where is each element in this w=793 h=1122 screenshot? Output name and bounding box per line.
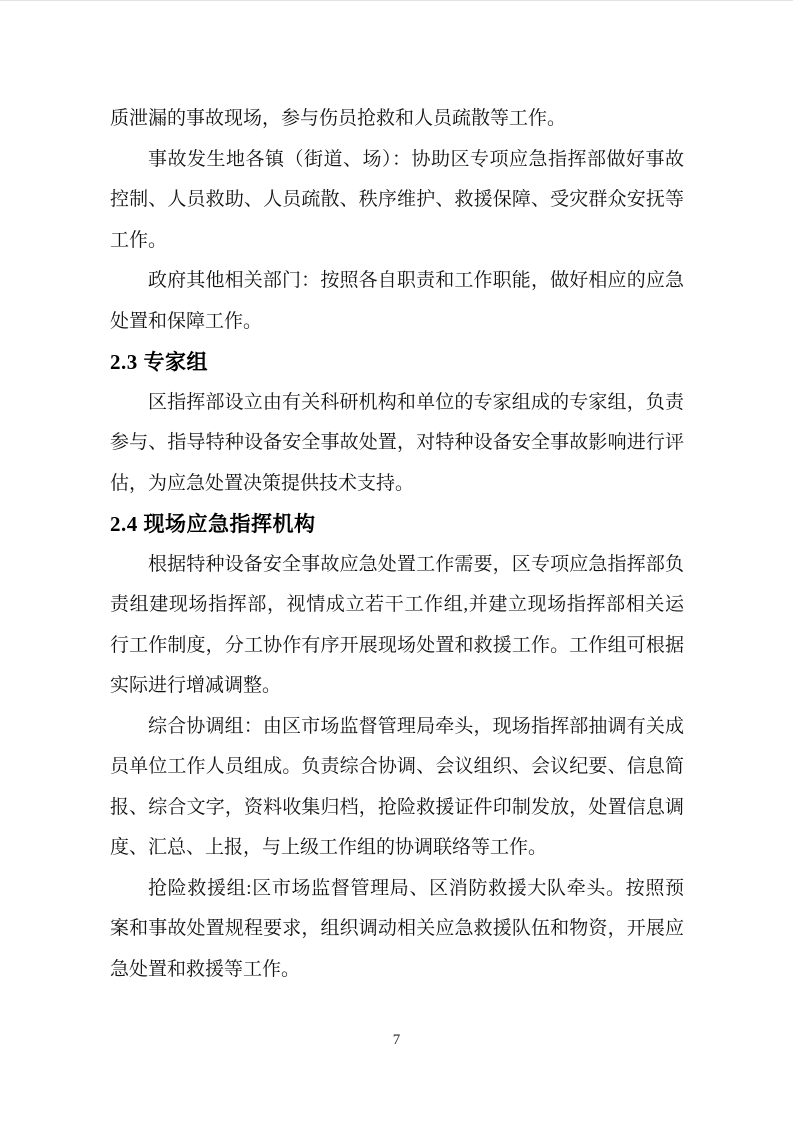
paragraph-onsite-command: 根据特种设备安全事故应急处置工作需要，区专项应急指挥部负责组建现场指挥部，视情成… <box>110 545 684 707</box>
paragraph-expert-group: 区指挥部设立由有关科研机构和单位的专家组成的专家组，负责参与、指导特种设备安全事… <box>110 383 684 505</box>
paragraph-continuation: 质泄漏的事故现场，参与伤员抢救和人员疏散等工作。 <box>110 99 684 140</box>
section-heading-2-3-expert-group: 2.3 专家组 <box>110 342 684 383</box>
paragraph-coordination-group: 综合协调组：由区市场监督管理局牵头，现场指挥部抽调有关成员单位工作人员组成。负责… <box>110 707 684 869</box>
paragraph-other-departments: 政府其他相关部门：按照各自职责和工作职能，做好相应的应急处置和保障工作。 <box>110 261 684 342</box>
document-page: 质泄漏的事故现场，参与伤员抢救和人员疏散等工作。 事故发生地各镇（街道、场）：协… <box>0 0 793 1122</box>
section-heading-2-4-onsite-command: 2.4 现场应急指挥机构 <box>110 504 684 545</box>
paragraph-township-duties: 事故发生地各镇（街道、场）：协助区专项应急指挥部做好事故控制、人员救助、人员疏散… <box>110 140 684 262</box>
page-number: 7 <box>0 1032 793 1049</box>
page-content: 质泄漏的事故现场，参与伤员抢救和人员疏散等工作。 事故发生地各镇（街道、场）：协… <box>110 99 684 990</box>
paragraph-rescue-group: 抢险救援组:区市场监督管理局、区消防救援大队牵头。按照预案和事故处置规程要求，组… <box>110 869 684 991</box>
